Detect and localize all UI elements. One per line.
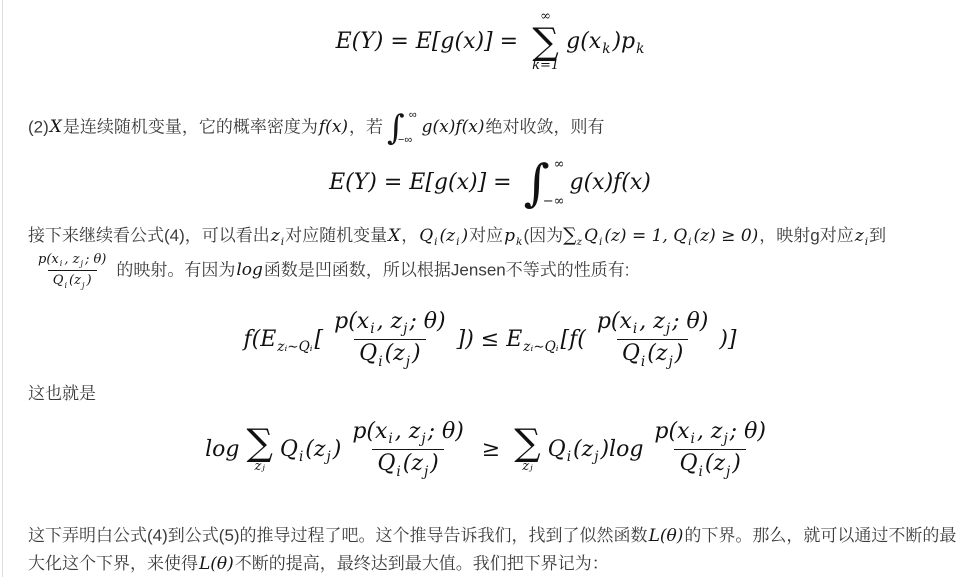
subscript: j [421, 431, 426, 447]
math-token: , z [696, 419, 724, 444]
math-token: p(x [653, 419, 690, 444]
fraction-denominator: Qi(zj) [617, 339, 688, 371]
fraction: p(xi, zj; θ)Qi(zj) [347, 418, 468, 481]
subscript: i [396, 464, 401, 480]
math-token: (z) = 1, Q [603, 226, 688, 246]
formula-jensen-inequality: f(Ezᵢ∼Qᵢ[p(xi, zj; θ)Qi(zj)]) ≤ Ezᵢ∼Qᵢ[f… [0, 308, 980, 371]
math-token: f(E [243, 327, 278, 352]
sigma-notation: ∞∑k=1 [532, 10, 559, 74]
math-token: )p [611, 29, 636, 54]
math-token: ; θ) [729, 419, 767, 444]
math-token: ) [429, 451, 440, 476]
math-token: E(Y) = E[g(x)] = [328, 170, 519, 195]
math-token: 的映射。有因为 [116, 260, 235, 279]
fraction-numerator: p(xi, zj; θ) [649, 418, 770, 449]
sum-icon: ∑ [514, 425, 540, 460]
math-token: , z [638, 309, 666, 334]
math-token: Q [547, 437, 567, 462]
math-token: 到 [869, 226, 886, 245]
sum-lower-limit: zⱼ [255, 460, 265, 474]
math-token: 是连续随机变量，它的概率密度为 [63, 117, 318, 136]
fraction: p(xi, zj; θ)Qi(zj) [592, 308, 713, 371]
sum-lower-limit: k=1 [532, 59, 559, 73]
subscript: k [636, 41, 645, 57]
math-token: Q [678, 451, 698, 476]
math-token: 大化这个下界，来使得 [28, 554, 198, 573]
math-token: Q [418, 226, 434, 246]
fraction-denominator: Qi(zj) [674, 449, 745, 481]
math-token: Q [279, 437, 299, 462]
subscript: j [723, 431, 728, 447]
math-token: ) [411, 341, 422, 366]
math-token: Q [376, 451, 396, 476]
sum-icon: ∑ [246, 425, 272, 460]
math-token: X [387, 226, 401, 246]
formula-expectation-continuous: E(Y) = E[g(x)] = ∫∞−∞g(x)f(x) [0, 158, 980, 208]
paragraph-that-is: 这也就是 [28, 380, 972, 408]
fraction-numerator: p(xi, zj; θ) [592, 308, 713, 339]
subscript: i [388, 431, 393, 447]
math-token: z [854, 226, 865, 246]
math-token: z [270, 226, 281, 246]
math-token: 这下弄明白公式(4)到公式(5)的推导过程了吧。这个推导告诉我们，找到了似然函数 [28, 526, 648, 545]
subscript: j [668, 354, 673, 370]
math-token: (z [646, 341, 668, 366]
math-token: ) [332, 437, 343, 462]
math-token: Q [621, 341, 641, 366]
fraction-numerator: p(xi, zj; θ) [347, 418, 468, 449]
math-token: Q [583, 226, 599, 246]
math-token: (z [439, 226, 457, 246]
math-token: ) [461, 226, 470, 246]
math-token: g(x)f(x) [569, 170, 652, 195]
paragraph-jensen-intro-line2: p(xi, zj; θ)Qi(zj)的映射。有因为log函数是凹函数，所以根据J… [28, 250, 972, 292]
subscript: zᵢ∼Qᵢ [277, 339, 313, 355]
math-token: (z [384, 341, 406, 366]
math-token: ≥ [474, 437, 508, 462]
math-token: (z [304, 437, 326, 462]
math-token: ; θ) [408, 309, 446, 334]
math-token: ; θ) [671, 309, 709, 334]
fraction: p(xi, zj; θ)Qi(zj) [649, 418, 770, 481]
math-token: log [235, 260, 264, 280]
math-token: 对应 [469, 226, 503, 245]
integral-lower-limit: −∞ [543, 195, 565, 208]
paragraph-conclusion-line1: 这下弄明白公式(4)到公式(5)的推导过程了吧。这个推导告诉我们，找到了似然函数… [28, 522, 972, 550]
subscript: i [456, 236, 460, 248]
math-token: , z [63, 252, 80, 267]
math-token: Q [358, 341, 378, 366]
math-token: ; θ) [427, 419, 465, 444]
math-token: ) [731, 451, 742, 476]
math-token: p(x [333, 309, 370, 334]
paragraph-continuous-variable: (2)X是连续随机变量，它的概率密度为f(x)，若∫∞−∞g(x)f(x)绝对收… [28, 110, 972, 146]
math-token: E(Y) = E[g(x)] = [335, 29, 526, 54]
math-token: ]) ≤ E [456, 327, 524, 352]
subscript: i [434, 236, 438, 248]
math-token: [ [314, 327, 325, 352]
math-token: , z [376, 309, 404, 334]
math-token: L(θ) [648, 526, 685, 546]
math-token: 对应随机变量 [285, 226, 387, 245]
math-token: (因为 [523, 226, 563, 245]
subscript: j [326, 449, 331, 465]
fraction: p(xi, zj; θ)Qi(zj) [329, 308, 450, 371]
math-token: (z) ≥ 0) [693, 226, 760, 246]
math-token: Q [52, 273, 65, 288]
fraction-denominator: Qi(zj) [372, 449, 443, 481]
integral-upper-limit: ∞ [554, 158, 565, 171]
math-token: g(x [565, 29, 602, 54]
subscript: zᵢ∼Qᵢ [523, 339, 559, 355]
integral-notation: ∫∞−∞ [387, 110, 417, 146]
sigma-notation: ∑zⱼ [246, 425, 272, 474]
math-token: [f( [560, 327, 587, 352]
fraction-numerator: p(xi, zj; θ) [329, 308, 450, 339]
integral-upper-limit: ∞ [409, 110, 417, 121]
sum-icon: ∑ [563, 225, 576, 246]
paragraph-conclusion-line2: 大化这个下界，来使得L(θ)不断的提高，最终达到最大值。我们把下界记为： [28, 550, 972, 577]
math-token: 的下界。那么，就可以通过不断的最 [684, 526, 956, 545]
math-token: L(θ) [198, 554, 235, 574]
math-token: 绝对收敛，则有 [486, 117, 605, 136]
math-token: ，若 [349, 117, 383, 136]
fraction: p(xi, zj; θ)Qi(zj) [33, 250, 111, 292]
math-token: ，映射g对应 [759, 226, 853, 245]
sum-lower-limit: zⱼ [522, 460, 532, 474]
subscript: i [370, 321, 375, 337]
formula-expectation-discrete: E(Y) = E[g(x)] = ∞∑k=1g(xk)pk [0, 10, 980, 74]
math-token: log [204, 437, 240, 462]
math-token: g(x)f(x) [421, 117, 486, 137]
article-page: E(Y) = E[g(x)] = ∞∑k=1g(xk)pk (2)X是连续随机变… [0, 0, 980, 577]
math-token: ) [85, 273, 92, 288]
math-token: p(x [37, 252, 60, 267]
math-token: 函数是凹函数，所以根据Jensen不等式的性质有: [264, 260, 630, 279]
math-token: (z [402, 451, 424, 476]
fraction-denominator: Qi(zj) [48, 270, 97, 291]
math-token: (2) [28, 117, 49, 136]
math-token: 不断的提高，最终达到最大值。我们把下界记为： [235, 554, 609, 573]
math-token: X [49, 117, 63, 137]
math-token: , z [394, 419, 422, 444]
fraction-numerator: p(xi, zj; θ) [33, 250, 111, 270]
math-token: 接下来继续看公式(4)，可以看出 [28, 226, 270, 245]
integral-notation: ∫∞−∞ [524, 158, 565, 208]
math-token: ) [674, 341, 685, 366]
math-token: )] [718, 327, 737, 352]
sigma-notation: ∑zⱼ [514, 425, 540, 474]
math-token: p(x [351, 419, 388, 444]
math-token: )log [599, 437, 644, 462]
integral-lower-limit: −∞ [398, 135, 417, 146]
math-token: f(x) [318, 117, 349, 137]
subscript: i [688, 236, 692, 248]
formula-log-sum-lower-bound: log∑zⱼQi(zj)p(xi, zj; θ)Qi(zj) ≥ ∑zⱼQi(z… [0, 418, 980, 481]
math-token: ， [401, 226, 418, 245]
math-token: (z [704, 451, 726, 476]
math-token: (z [572, 437, 594, 462]
math-token: (z [68, 273, 82, 288]
integral-limits: ∞−∞ [550, 158, 565, 208]
fraction-denominator: Qi(zj) [354, 339, 425, 371]
subscript: i [378, 354, 383, 370]
math-token: ; θ) [84, 252, 107, 267]
math-token: p [503, 226, 516, 246]
math-token: p(x [596, 309, 633, 334]
sum-icon: ∑ [532, 24, 558, 59]
integral-limits: ∞−∞ [405, 110, 417, 146]
